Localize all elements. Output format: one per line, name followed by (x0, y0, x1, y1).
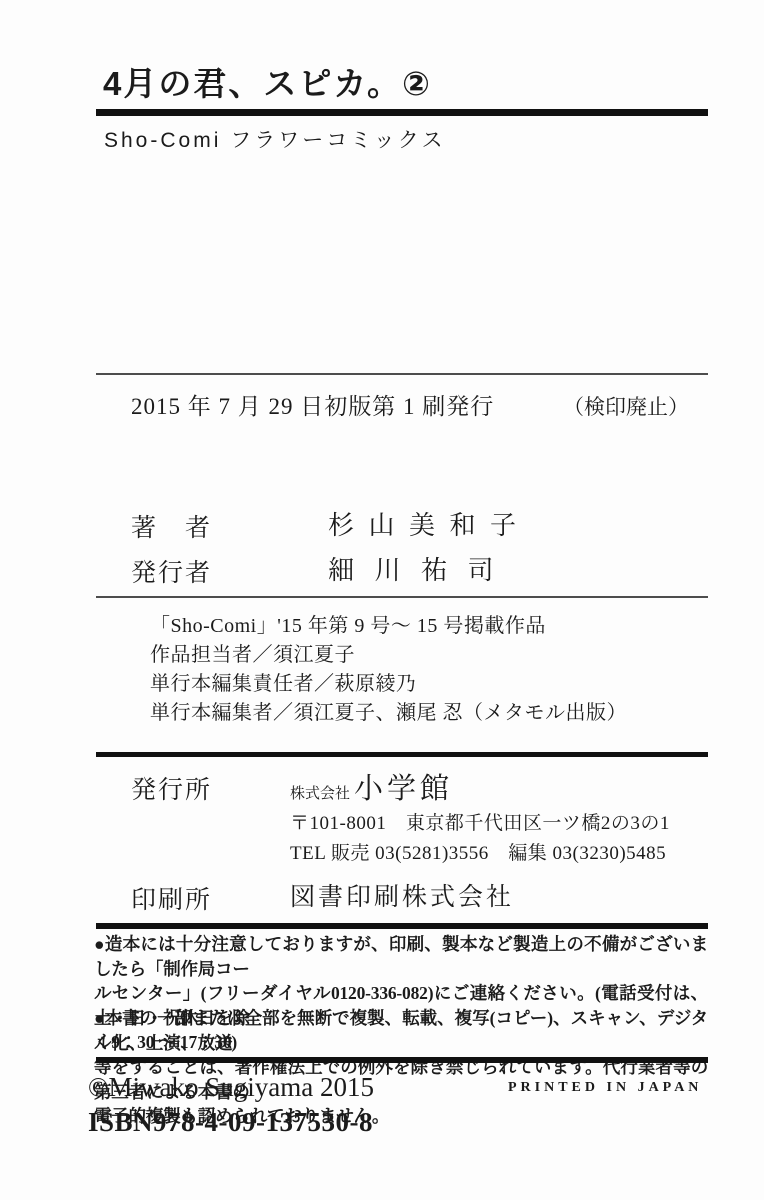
colophon-page: 4月の君、スピカ。② Sho-Comi フラワーコミックス 2015 年 7 月… (0, 0, 764, 1200)
isbn-number: ISBN978-4-09-137530-8 (88, 1107, 373, 1138)
issuer-name: 細 川 祐 司 (328, 550, 501, 587)
title-underline-rule (96, 109, 708, 116)
printer-name: 図書印刷株式会社 (290, 877, 514, 913)
publisher-company-name: 小学館 (354, 773, 453, 805)
publisher-role-label: 発行所 (131, 770, 212, 806)
copyright-line: ©Miwako Sugiyama 2015 (88, 1072, 374, 1103)
printed-in-japan-label: PRINTED IN JAPAN (508, 1080, 702, 1096)
author-role-label: 著 者 (131, 508, 212, 544)
publisher-address: 〒101-8001 東京都千代田区一ツ橋2の3の1 (290, 808, 670, 835)
credits-top-rule (96, 596, 708, 598)
edition-top-rule (96, 373, 708, 375)
notice-top-rule (96, 923, 708, 929)
publisher-phone: TEL 販売 03(5281)3556 編集 03(3230)5485 (290, 838, 666, 865)
publisher-company-prefix: 株式会社 (290, 786, 350, 802)
imprint-series-label: Sho-Comi フラワーコミックス (104, 124, 446, 154)
publisher-top-rule (96, 752, 708, 757)
issuer-role-label: 発行者 (131, 553, 212, 589)
notice-bottom-rule (96, 1057, 708, 1063)
edition-date-line: 2015 年 7 月 29 日初版第 1 刷発行 (131, 388, 494, 421)
serialization-credits: 「Sho-Comi」'15 年第 9 号～ 15 号掲載作品 作品担当者／須江夏… (150, 612, 627, 728)
author-name: 杉 山 美 和 子 (328, 505, 520, 542)
inspection-abolished-note: （検印廃止） (563, 391, 689, 421)
printer-role-label: 印刷所 (131, 880, 212, 916)
page-title: 4月の君、スピカ。② (103, 58, 432, 105)
